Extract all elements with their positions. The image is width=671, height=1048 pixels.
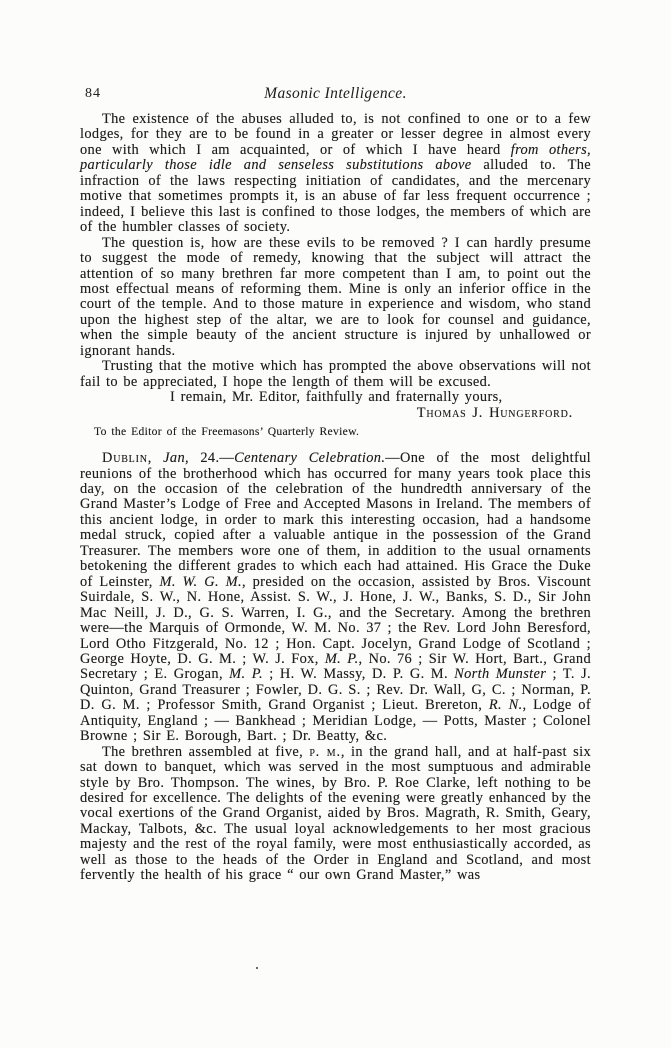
small-caps-text-run: p. m. — [309, 744, 341, 760]
article-text: The existence of the abuses alluded to, … — [80, 112, 591, 884]
scan-artifact-dot — [256, 967, 258, 969]
scanned-page: 84 Masonic Intelligence. The existence o… — [0, 0, 671, 1048]
italic-text-run: Centenary Celebration. — [234, 450, 385, 466]
news-paragraph-1: Dublin, Jan, 24.—Centenary Celebration.—… — [80, 451, 591, 745]
italic-text-run: Jan — [163, 450, 185, 466]
italic-text-run: M. W. G. M. — [160, 574, 242, 590]
editor-note: To the Editor of the Freemasons’ Quarter… — [80, 424, 591, 439]
text-run: ; H. W. Massy, D. P. G. M. — [263, 666, 454, 682]
text-run: , in the grand hall, and at half-past si… — [80, 744, 591, 884]
letter-paragraph-2: The question is, how are these evils to … — [80, 236, 591, 360]
text-run: The brethren assembled at five, — [102, 744, 309, 760]
running-title: Masonic Intelligence. — [80, 85, 591, 103]
letter-closing: I remain, Mr. Editor, faithfully and fra… — [80, 390, 591, 405]
letter-paragraph-1: The existence of the abuses alluded to, … — [80, 112, 591, 236]
letter-paragraph-3: Trusting that the motive which has promp… — [80, 359, 591, 390]
italic-text-run: R. N. — [489, 697, 523, 713]
news-paragraph-2: The brethren assembled at five, p. m., i… — [80, 745, 591, 884]
letter-signature: Thomas J. Hungerford. — [80, 406, 591, 421]
text-run: The question is, how are these evils to … — [80, 235, 591, 359]
page-number: 84 — [85, 86, 101, 102]
text-run: —One of the most delightful reunions of … — [80, 450, 591, 590]
text-run: , — [148, 450, 163, 466]
text-run: To the Editor of the Freemasons’ Quarter… — [94, 425, 359, 438]
italic-text-run: North Munster — [454, 666, 546, 682]
text-run: I remain, Mr. Editor, faithfully and fra… — [170, 389, 503, 405]
italic-text-run: M. P. — [229, 666, 263, 682]
running-head: 84 Masonic Intelligence. — [80, 85, 591, 103]
small-caps-text-run: Thomas J. Hungerford. — [417, 405, 573, 421]
small-caps-text-run: Dublin — [102, 450, 148, 466]
italic-text-run: M. P. — [325, 651, 359, 667]
text-run: Trusting that the motive which has promp… — [80, 358, 591, 389]
text-run: , 24.— — [185, 450, 234, 466]
